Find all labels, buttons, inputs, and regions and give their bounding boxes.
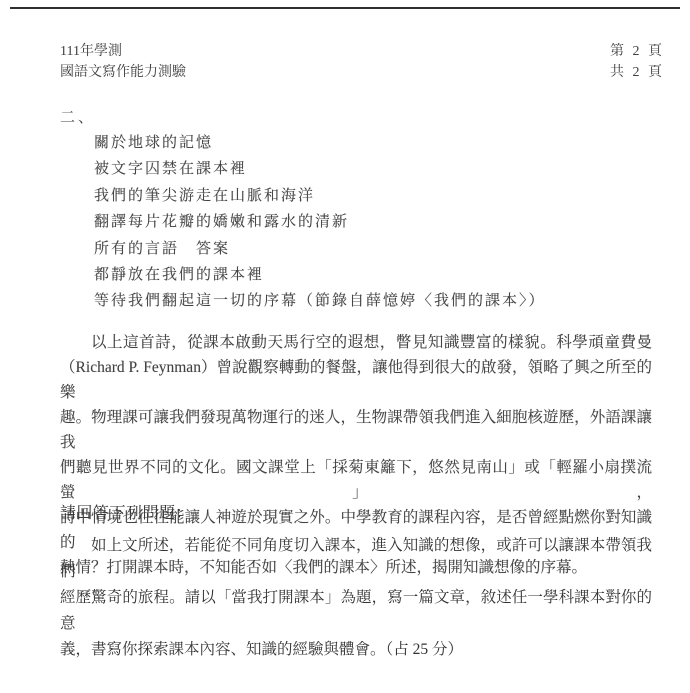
poem-line: 翻譯每片花瓣的嬌嫩和露水的清新 <box>94 209 546 235</box>
commentary-line: （Richard P. Feynman）曾說觀察轉動的餐盤，讓他得到很大的啟發，… <box>60 355 652 405</box>
exam-page: 111年學測 國語文寫作能力測驗 第 2 頁 共 2 頁 二、 關於地球的記憶 … <box>0 0 690 693</box>
commentary-line: 以上這首詩，從課本啟動天馬行空的遐想，瞥見知識豐富的樣貌。科學頑童費曼 <box>60 330 652 355</box>
poem-line: 所有的言語 答案 <box>94 236 546 262</box>
commentary-line: 趣。物理課可讓我們發現萬物運行的迷人，生物課帶領我們進入細胞核遊歷，外語課讓我 <box>60 405 652 455</box>
page-number-block: 第 2 頁 共 2 頁 <box>610 41 662 83</box>
question-line: 經歷驚奇的旅程。請以「當我打開課本」為題，寫一篇文章，敘述任一學科課本對你的意 <box>60 585 652 637</box>
poem-line: 都靜放在我們的課本裡 <box>94 262 546 288</box>
poem-line: 被文字囚禁在課本裡 <box>94 156 546 182</box>
question-prompt: 請回答下列問題： <box>60 500 192 523</box>
section-label: 二、 <box>60 106 96 127</box>
page-number: 第 2 頁 <box>610 41 662 62</box>
page-total: 共 2 頁 <box>610 62 662 83</box>
poem-line: 我們的筆尖游走在山脈和海洋 <box>94 183 546 209</box>
poem-block: 關於地球的記憶 被文字囚禁在課本裡 我們的筆尖游走在山脈和海洋 翻譯每片花瓣的嬌… <box>94 130 546 315</box>
page-header: 111年學測 國語文寫作能力測驗 第 2 頁 共 2 頁 <box>60 41 662 83</box>
exam-title-line2: 國語文寫作能力測驗 <box>60 62 186 83</box>
poem-line-with-citation: 等待我們翻起這一切的序幕（節錄自薛憶婷〈我們的課本〉） <box>94 288 546 314</box>
exam-title-line1: 111年學測 <box>60 41 186 62</box>
question-paragraph: 如上文所述，若能從不同角度切入課本，進入知識的想像，或許可以讓課本帶領我們 經歷… <box>60 533 652 663</box>
commentary-line: 們聽見世界不同的文化。國文課堂上「採菊東籬下，悠然見南山」或「輕羅小扇撲流螢」， <box>60 455 652 505</box>
exam-title-block: 111年學測 國語文寫作能力測驗 <box>60 41 186 83</box>
question-line: 如上文所述，若能從不同角度切入課本，進入知識的想像，或許可以讓課本帶領我們 <box>60 533 652 585</box>
scan-artifact-line <box>10 7 680 9</box>
question-line: 義，書寫你探索課本內容、知識的經驗與體會。（占 25 分） <box>60 637 652 663</box>
poem-line: 關於地球的記憶 <box>94 130 546 156</box>
